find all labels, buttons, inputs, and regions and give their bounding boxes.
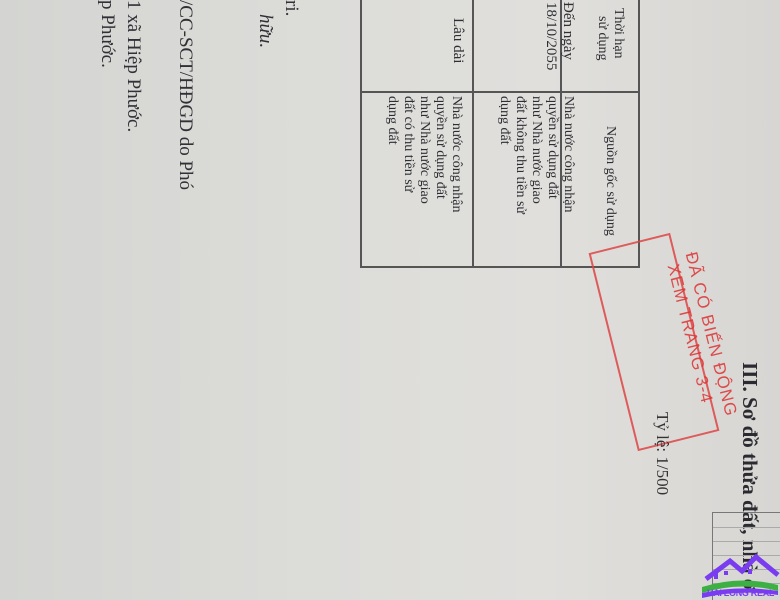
header-duration-line2: sử dụng	[594, 16, 610, 61]
row1-duration-line1: Đến ngày	[560, 2, 576, 60]
row1-origin-line: dụng đất	[496, 96, 512, 145]
header-duration-line1: Thời hạn	[610, 8, 626, 59]
watermark-brand: HAI LONG REAL	[707, 588, 774, 598]
row2-origin-line: đất có thu tiền sử	[400, 96, 416, 192]
row2-origin-line: quyền sử dụng đất	[432, 96, 448, 199]
row2-duration: Lâu dài	[450, 18, 466, 63]
header-origin: Nguồn gốc sử dụng	[602, 126, 618, 236]
row1-origin-line: như Nhà nước giao	[528, 96, 544, 204]
text-line: hữu.	[254, 14, 276, 48]
row1-origin-line: đất không thu tiền sử	[512, 96, 528, 214]
row2-origin-line: như Nhà nước giao	[416, 96, 432, 204]
row1-origin-line: Nhà nước công nhận	[560, 96, 576, 212]
land-use-table: Thời hạn sử dụng Nguồn gốc sử dụng Đến n…	[360, 0, 640, 268]
row2-origin-line: dụng đất	[384, 96, 400, 145]
row2-origin-line: Nhà nước công nhận	[448, 96, 464, 212]
text-line: 1 xã Hiệp Phước.	[122, 0, 144, 132]
map-scale: Tỷ lệ: 1/500	[652, 412, 672, 495]
row1-duration-line2: 18/10/2055	[543, 2, 559, 70]
text-line: /CC-SCT/HĐGD do Phó	[174, 0, 196, 190]
text-line: p Phước.	[96, 0, 118, 68]
row1-origin-line: quyền sử dụng đất	[544, 96, 560, 199]
text-line: ri.	[280, 0, 302, 16]
